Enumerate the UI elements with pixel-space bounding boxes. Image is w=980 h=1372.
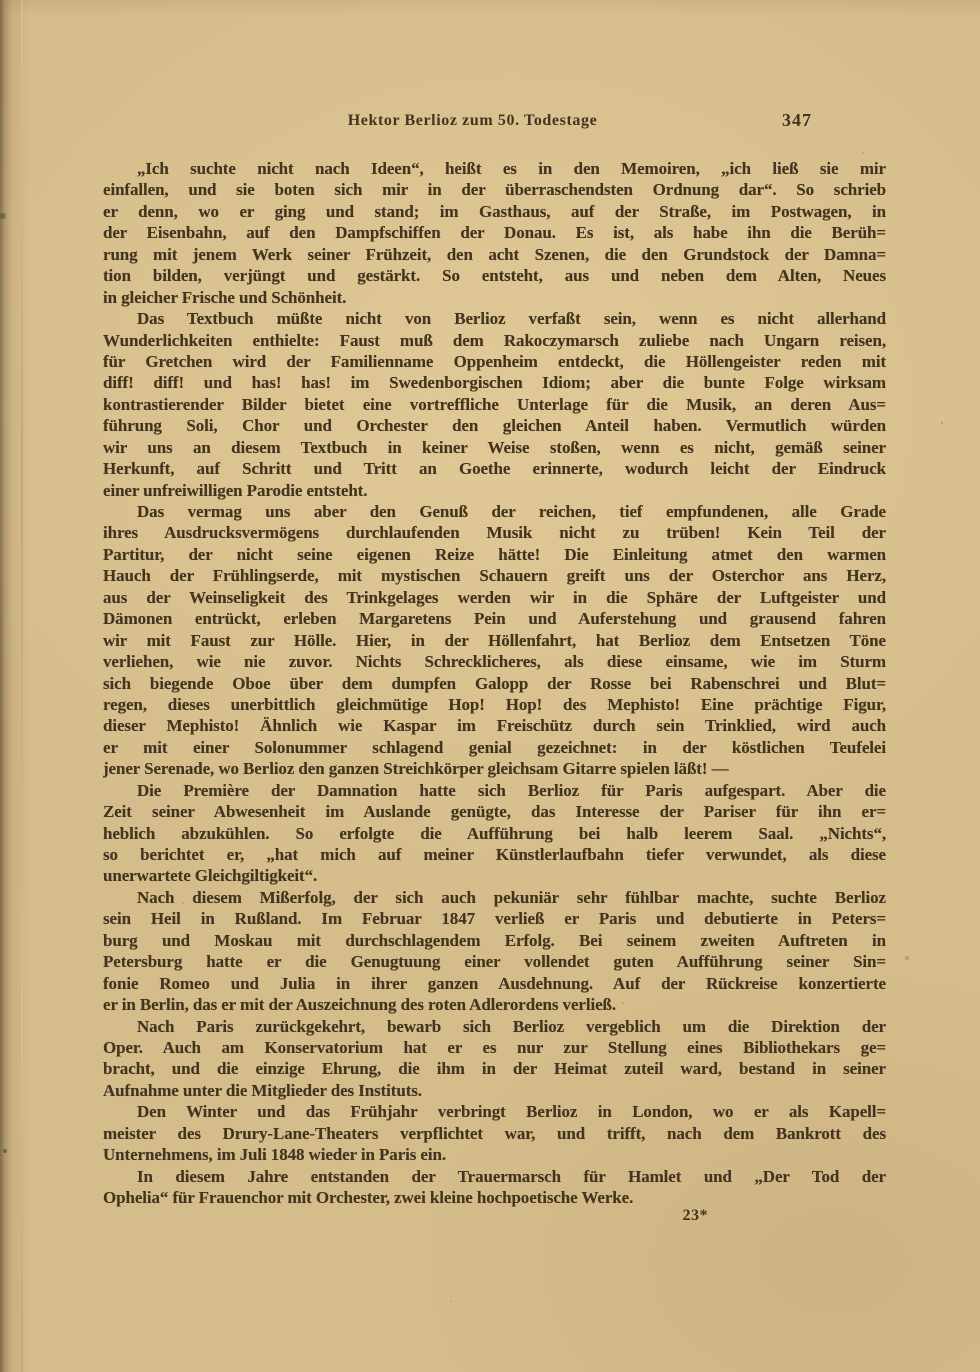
text-line: „Ich suchte nicht nach Ideen“, heißt es … [103,158,886,179]
text-line: in gleicher Frische und Schönheit. [103,287,886,308]
paper-specks [0,0,2,2]
text-line: Die Première der Damnation hatte sich Be… [103,780,886,801]
text-line: heblich abzukühlen. So erfolgte die Auff… [103,823,886,844]
text-line: einfallen, und sie boten sich mir in der… [103,179,886,200]
text-line: In diesem Jahre entstanden der Trauermar… [103,1166,886,1187]
running-header: Hektor Berlioz zum 50. Todestage 347 [103,112,886,138]
running-header-title: Hektor Berlioz zum 50. Todestage [103,112,886,130]
text-line: Dämonen entrückt, erleben Margaretens Pe… [103,608,886,629]
text-line: rung mit jenem Werk seiner Frühzeit, den… [103,244,886,265]
text-line: Hauch der Frühlingserde, mit mystischen … [103,565,886,586]
text-line: verliehen, wie nie zuvor. Nichts Schreck… [103,651,886,672]
text-line: jener Serenade, wo Berlioz den ganzen St… [103,758,886,779]
text-line: sich biegende Oboe über dem dumpfen Galo… [103,673,886,694]
text-line: Oper. Auch am Konservatorium hat er es n… [103,1037,886,1058]
text-line: regen, dieses unerbittlich gleichmütige … [103,694,886,715]
text-line: bracht, und die einzige Ehrung, die ihm … [103,1058,886,1079]
text-line: sein Heil in Rußland. Im Februar 1847 ve… [103,908,886,929]
text-line: Nach Paris zurückgekehrt, bewarb sich Be… [103,1016,886,1037]
text-line: tion bilden, verjüngt und gestärkt. So e… [103,265,886,286]
text-line: er denn, wo er ging und stand; im Gastha… [103,201,886,222]
text-line: führung Soli, Chor und Orchester den gle… [103,415,886,436]
text-line: er mit einer Solonummer schlagend genial… [103,737,886,758]
text-line: unerwartete Gleichgiltigkeit“. [103,865,886,886]
book-page: Hektor Berlioz zum 50. Todestage 347 „Ic… [0,0,980,1372]
text-line: für Gretchen wird der Familienname Oppen… [103,351,886,372]
binding-crease [21,0,23,1372]
text-line: meister des Drury-Lane-Theaters verpflic… [103,1123,886,1144]
text-line: Ophelia“ für Frauenchor mit Orchester, z… [103,1187,886,1208]
text-line: Das vermag uns aber den Genuß der reiche… [103,501,886,522]
text-line: Wunderlichkeiten enthielte: Faust muß de… [103,330,886,351]
text-line: diff! diff! und has! has! im Swedenborgi… [103,372,886,393]
text-line: dieser Mephisto! Ähnlich wie Kaspar im F… [103,715,886,736]
text-line: Zeit seiner Abwesenheit im Auslande genü… [103,801,886,822]
text-line: wir mit Faust zur Hölle. Hier, in der Hö… [103,630,886,651]
text-line: aus der Weinseligkeit des Trinkgelages w… [103,587,886,608]
text-line: der Eisenbahn, auf den Dampfschiffen der… [103,222,886,243]
page-number: 347 [782,110,812,131]
text-line: burg und Moskau mit durchschlagendem Erf… [103,930,886,951]
text-line: er in Berlin, das er mit der Auszeichnun… [103,994,886,1015]
text-line: ihres Ausdrucksvermögens durchlaufenden … [103,522,886,543]
text-line: Petersburg hatte er die Genugtuung einer… [103,951,886,972]
text-line: Partitur, der nicht seine eigenen Reize … [103,544,886,565]
signature-mark: 23* [103,1207,886,1225]
text-line: Das Textbuch müßte nicht von Berlioz ver… [103,308,886,329]
text-line: einer unfreiwilligen Parodie entsteht. [103,480,886,501]
text-line: Unternehmens, im Juli 1848 wieder in Par… [103,1144,886,1165]
text-line: Nach diesem Mißerfolg, der sich auch pek… [103,887,886,908]
text-line: so berichtet er, „hat mich auf meiner Kü… [103,844,886,865]
text-line: Aufnahme unter die Mitglieder des Instit… [103,1080,886,1101]
text-line: fonie Romeo und Julia in ihrer ganzen Au… [103,973,886,994]
text-line: wir uns an diesem Textbuch in keiner Wei… [103,437,886,458]
page-body: „Ich suchte nicht nach Ideen“, heißt es … [103,158,886,1208]
text-line: Herkunft, auf Schritt und Tritt an Goeth… [103,458,886,479]
text-line: kontrastierender Bilder bietet eine vort… [103,394,886,415]
text-line: Den Winter und das Frühjahr verbringt Be… [103,1101,886,1122]
